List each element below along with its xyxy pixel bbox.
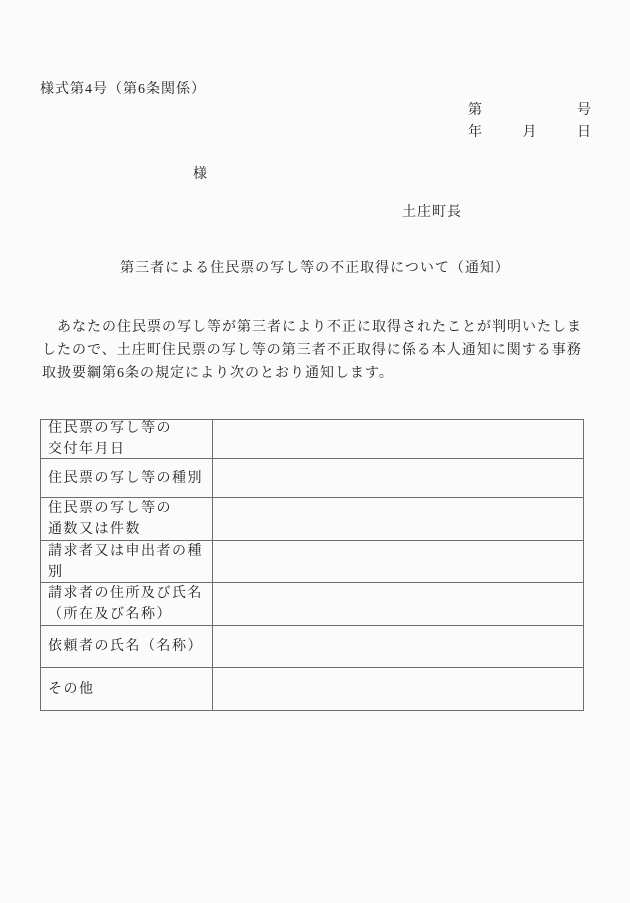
- row-value-cell: [213, 668, 583, 710]
- date-day-label: 日: [577, 121, 591, 141]
- doc-number-suffix: 号: [577, 99, 591, 119]
- doc-number-line: 第 号: [468, 99, 591, 119]
- table-row-requester-address-name: 請求者の住所及び氏名 （所在及び名称）: [41, 583, 583, 626]
- table-row-client-name: 依頼者の氏名（名称）: [41, 626, 583, 668]
- table-row-other: その他: [41, 668, 583, 710]
- table-row-copy-type: 住民票の写し等の種別: [41, 459, 583, 498]
- row-label: 住民票の写し等の種別: [41, 459, 213, 497]
- sender-name: 土庄町長: [402, 201, 462, 221]
- document-page: 様式第4号（第6条関係） 第 号 年 月 日 様 土庄町長 第三者による住民票の…: [0, 0, 630, 903]
- row-label: 請求者の住所及び氏名 （所在及び名称）: [41, 583, 213, 625]
- row-value-cell: [213, 626, 583, 667]
- row-label: 住民票の写し等の 通数又は件数: [41, 498, 213, 540]
- table-row-issue-date: 住民票の写し等の 交付年月日: [41, 420, 583, 459]
- table-row-copy-count: 住民票の写し等の 通数又は件数: [41, 498, 583, 541]
- row-value-cell: [213, 459, 583, 497]
- document-title: 第三者による住民票の写し等の不正取得について（通知）: [0, 257, 630, 277]
- date-month-label: 月: [523, 121, 537, 141]
- row-value-cell: [213, 541, 583, 582]
- notification-detail-table: 住民票の写し等の 交付年月日 住民票の写し等の種別 住民票の写し等の 通数又は件…: [40, 419, 584, 711]
- recipient-honorific: 様: [193, 163, 208, 183]
- row-value-cell: [213, 498, 583, 540]
- doc-number-prefix: 第: [468, 99, 482, 119]
- body-line: あなたの住民票の写し等が第三者により不正に取得されたことが判明いたしま: [42, 316, 587, 339]
- body-line: したので、土庄町住民票の写し等の第三者不正取得に係る本人通知に関する事務: [42, 339, 587, 362]
- row-value-cell: [213, 420, 583, 458]
- row-label: 依頼者の氏名（名称）: [41, 626, 213, 667]
- row-value-cell: [213, 583, 583, 625]
- row-label: その他: [41, 668, 213, 710]
- date-year-label: 年: [468, 121, 482, 141]
- row-label: 請求者又は申出者の種 別: [41, 541, 213, 582]
- form-number: 様式第4号（第6条関係）: [40, 78, 206, 98]
- date-line: 年 月 日: [468, 121, 591, 141]
- body-paragraph: あなたの住民票の写し等が第三者により不正に取得されたことが判明いたしま したので…: [42, 316, 587, 385]
- table-row-requester-type: 請求者又は申出者の種 別: [41, 541, 583, 583]
- body-line: 取扱要綱第6条の規定により次のとおり通知します。: [42, 362, 587, 385]
- row-label: 住民票の写し等の 交付年月日: [41, 420, 213, 458]
